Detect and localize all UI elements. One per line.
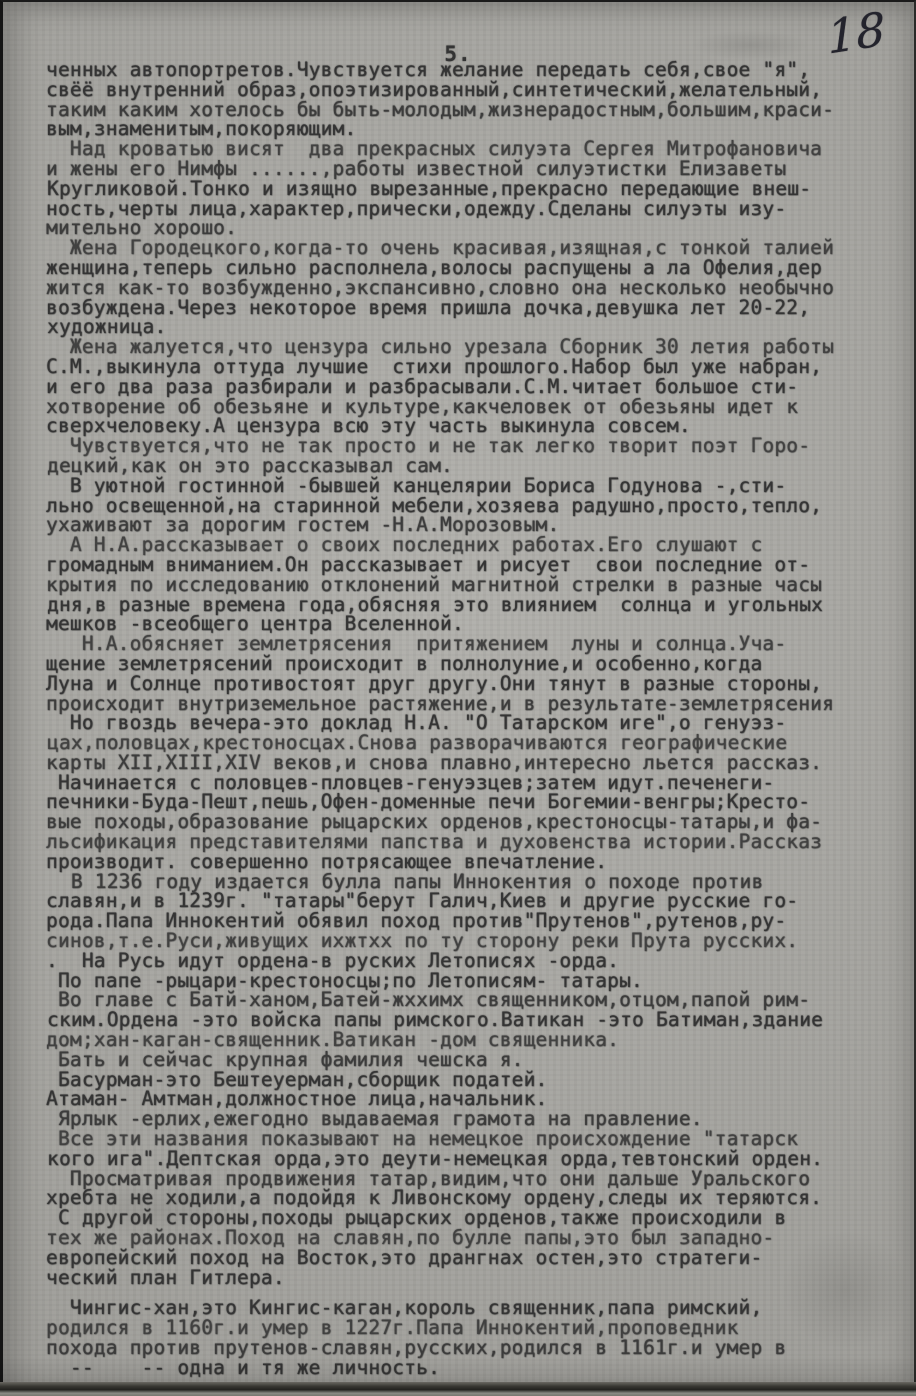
text-line: Кругликовой.Тонко и изящно вырезанные,пр…: [47, 179, 887, 199]
text-line: женщина,теперь сильно располнела,волосы …: [46, 258, 886, 278]
text-line: А Н.А.рассказывает о своих последних раб…: [46, 535, 886, 555]
text-line: -- -- одна и тя же личность.: [46, 1358, 886, 1378]
text-line: кого ига".Дептская орда,это деути-немецк…: [47, 1149, 887, 1169]
text-line: децкий,как он это рассказывал сам.: [47, 456, 887, 476]
text-line: свёё внутренний образ,опоэтизированный,с…: [46, 80, 886, 100]
text-line: . На Русь идут ордена-в руских Летописях…: [46, 951, 886, 971]
text-line: льсификация представителями папства и ду…: [46, 832, 886, 852]
text-line: щение землетрясений происходит в полнолу…: [46, 654, 886, 674]
text-line: возбуждена.Через некоторое время пришла …: [46, 298, 886, 318]
text-line: ченных автопортретов.Чувствуется желание…: [46, 60, 886, 80]
text-line: В уютной гостинной -бывшей канцелярии Бо…: [46, 476, 886, 496]
text-line: дом;хан-каган-священник.Ватикан -дом свя…: [46, 1030, 886, 1050]
handwritten-page-number: 18: [826, 1, 887, 64]
text-line: Н.А.обясняет землетрясения притяжением л…: [46, 634, 886, 654]
text-line: европейский поход на Восток,это дрангнах…: [46, 1248, 886, 1268]
text-line: ческий план Гитлера.: [46, 1268, 886, 1288]
text-line: Жена жалуется,что цензура сильно урезала…: [46, 337, 886, 357]
text-line: и его два раза разбирали и разбрасывали.…: [46, 377, 886, 397]
text-line: [47, 1287, 887, 1298]
text-line: Просматривая продвижения татар,видим,что…: [46, 1169, 886, 1189]
text-line: таким каким хотелось бы быть-молодым,жиз…: [46, 100, 886, 120]
scanned-page: 5. 18 ченных автопортретов.Чувствуется ж…: [0, 0, 916, 1396]
text-line: В 1236 году издается булла папы Иннокент…: [47, 872, 887, 892]
text-line: С.М.,выкинула оттуда лучшие стихи прошло…: [46, 357, 886, 377]
scan-bottom-edge: [0, 1382, 916, 1396]
text-line: Луна и Солнце противостоят друг другу.Он…: [46, 674, 886, 694]
text-line: синов,т.е.Руси,живущих ихжтхх по ту стор…: [46, 931, 886, 951]
text-line: происходит внутриземельное растяжение,и …: [46, 694, 886, 714]
text-line: цах,половцах,крестоносцах.Снова разворач…: [47, 733, 887, 753]
text-line: дня,в разные времена года,обясняя это вл…: [47, 595, 887, 615]
text-line: тех же районах.Поход на славян,по булле …: [46, 1228, 886, 1248]
document-text: ченных автопортретов.Чувствуется желание…: [46, 60, 886, 1378]
text-line: Бать и сейчас крупная фамилия чешска я.: [46, 1050, 886, 1070]
text-line: громадным вниманием.Он рассказывает и ри…: [46, 555, 886, 575]
text-line: Жена Городецкого,когда-то очень красивая…: [46, 238, 886, 258]
text-line: жится как-то возбужденно,экспансивно,сло…: [46, 278, 886, 298]
text-line: хотворение об обезьяне и культуре,какчел…: [46, 397, 886, 417]
text-line: карты XII,XIII,XIV веков,и снова плавно,…: [46, 753, 886, 773]
text-line: Над кроватью висят два прекрасных силуэт…: [46, 139, 886, 159]
text-line: похода против прутенов-славян,русских,ро…: [46, 1338, 886, 1358]
